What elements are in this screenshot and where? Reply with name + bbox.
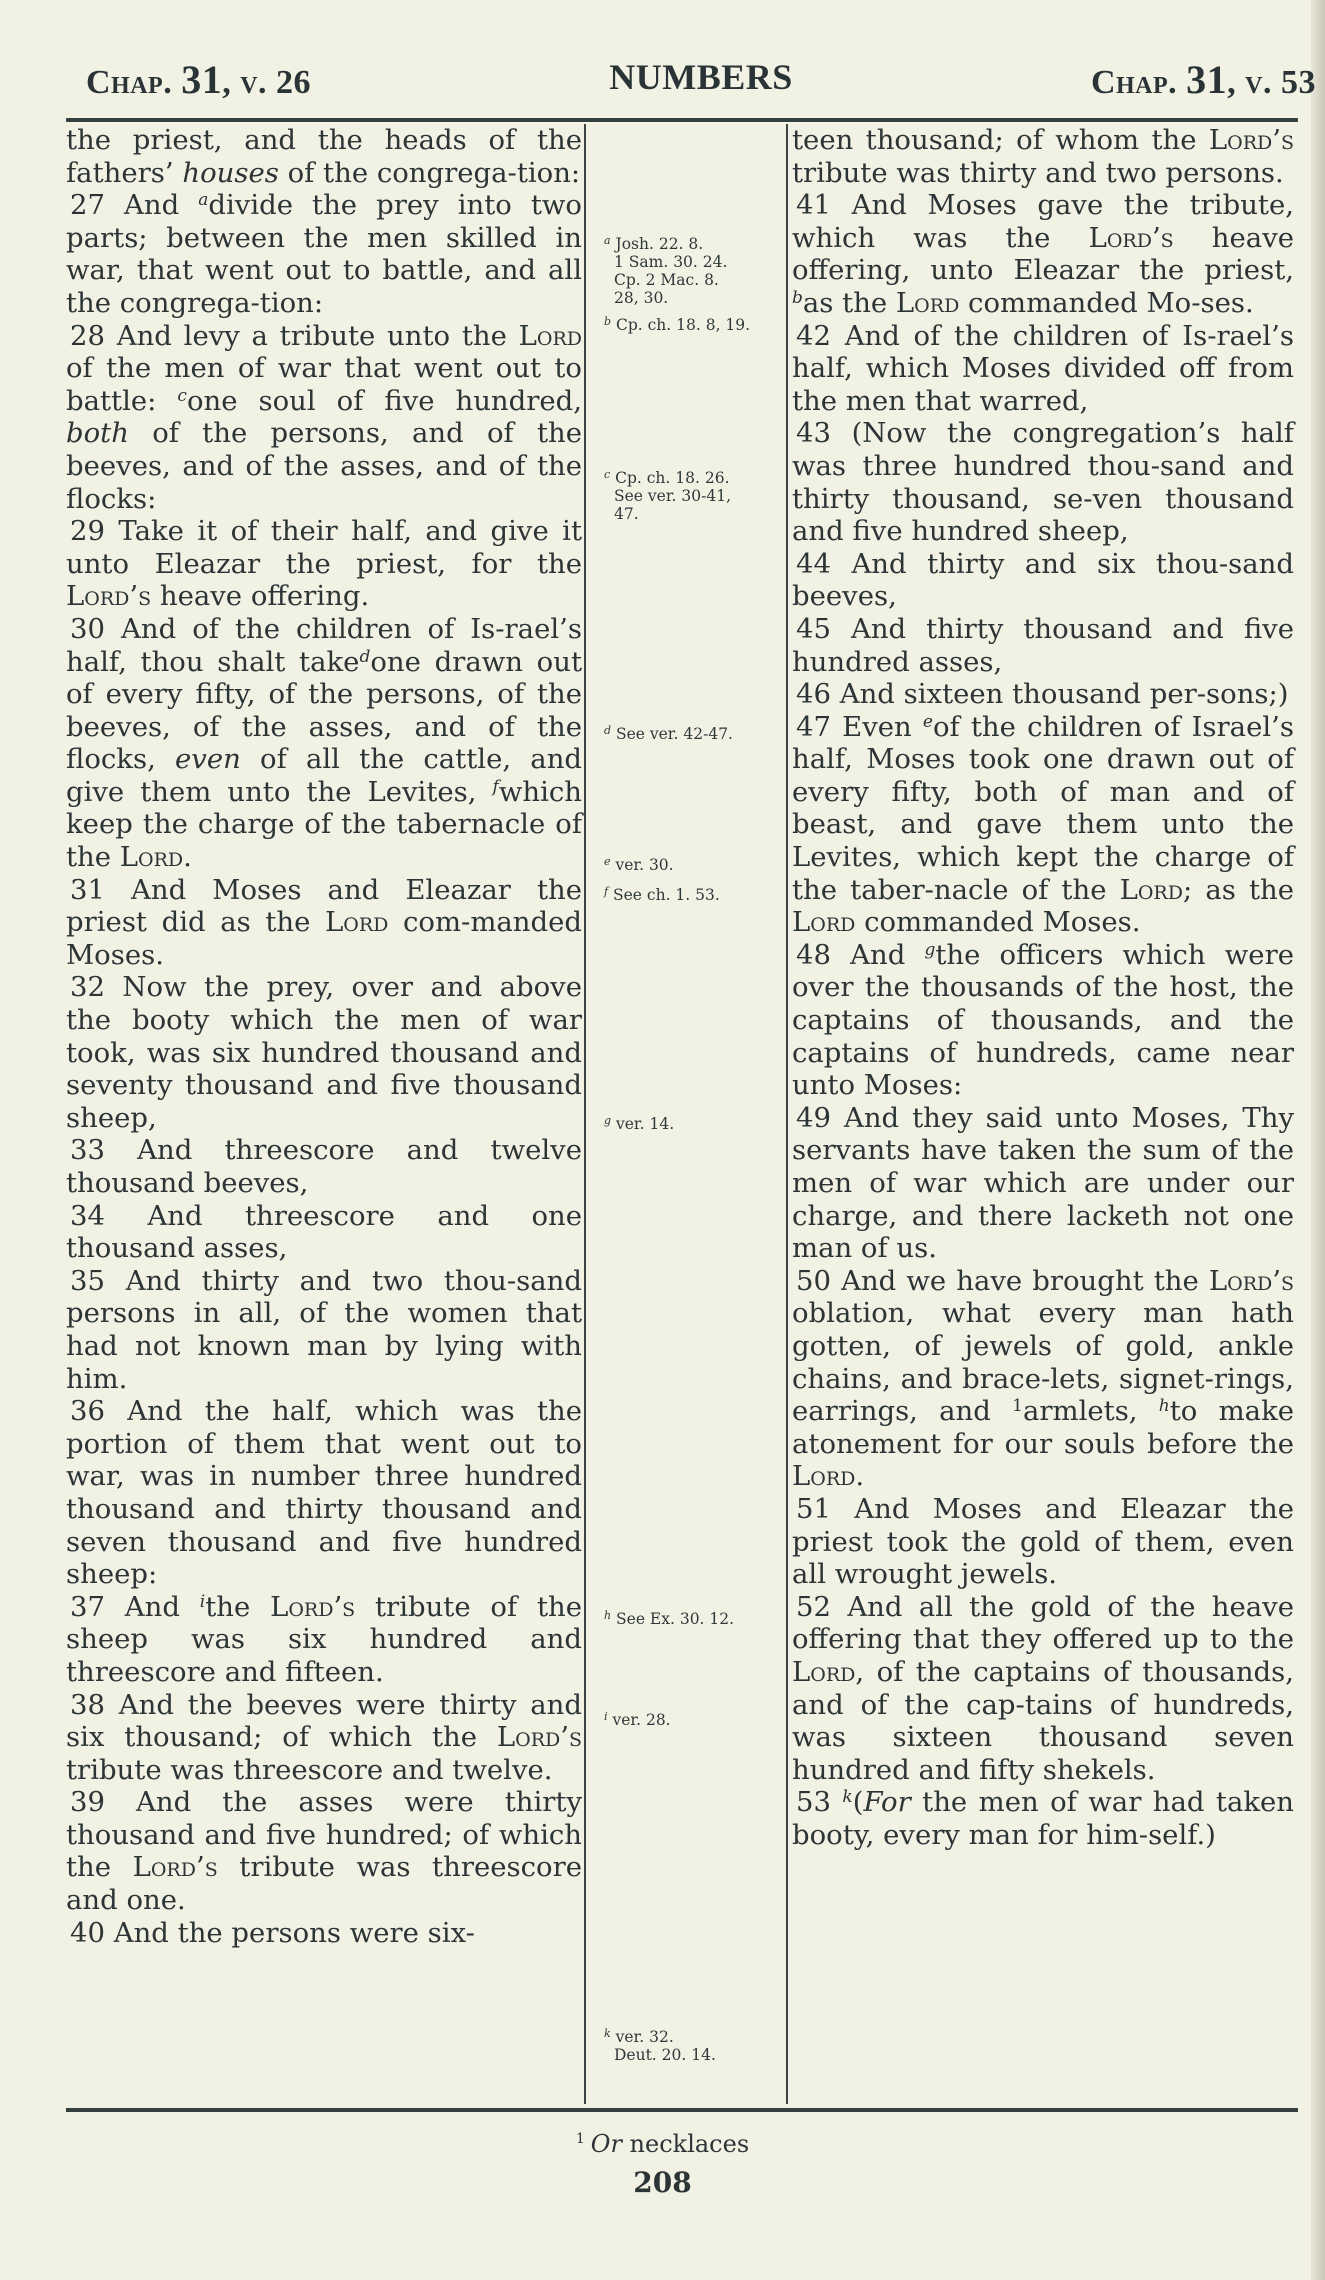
text: And xyxy=(105,1591,200,1623)
italic-text: For xyxy=(863,1786,910,1818)
verse-number: 35 xyxy=(70,1265,105,1297)
verse-43: 43 (Now the congregation’s half was thre… xyxy=(792,417,1294,547)
verse-number: 42 xyxy=(796,320,831,352)
ref-mark: e xyxy=(604,855,611,868)
verse-42: 42 And of the children of Is-rael’s half… xyxy=(792,320,1294,418)
verse-number: 51 xyxy=(796,1493,831,1525)
ref-mark: b xyxy=(604,315,611,328)
verse-number: 53 xyxy=(796,1786,831,1818)
text: . xyxy=(855,1460,864,1492)
ref-line[interactable]: See Ex. 30. 12. xyxy=(616,1610,734,1628)
text: And all the gold of the heave offering t… xyxy=(792,1591,1294,1656)
ref-line: 28, 30. xyxy=(604,289,774,307)
verse-number: 27 xyxy=(70,189,105,221)
divine-name: Lord xyxy=(792,906,855,938)
divine-name: Lord’s xyxy=(1209,1265,1294,1297)
left-text-column: the priest, and the heads of the fathers… xyxy=(66,124,582,1949)
divine-name: Lord’s xyxy=(66,580,151,612)
divine-name: Lord xyxy=(519,320,582,352)
ref-line[interactable]: 1 Sam. 30. 24. xyxy=(604,253,774,271)
text: heave offering. xyxy=(151,580,369,612)
text: tribute was threescore and twelve. xyxy=(66,1754,553,1786)
text: of the persons, and of the beeves, and o… xyxy=(66,417,582,514)
text: tribute was thirty and two persons. xyxy=(792,157,1284,189)
verse-28: 28 And levy a tribute unto the Lord of t… xyxy=(66,320,582,516)
verse-45: 45 And thirty thousand and five hundred … xyxy=(792,613,1294,678)
text: And thirty thousand and five hundred ass… xyxy=(792,613,1294,678)
margin-ref-k: k ver. 32.Deut. 20. 14. xyxy=(604,2025,774,2064)
text: And xyxy=(105,189,198,221)
verse-34: 34 And threescore and one thousand asses… xyxy=(66,1200,582,1265)
text: (Now the congregation’s half was three h… xyxy=(792,417,1294,547)
margin-ref-b: b Cp. ch. 18. 8, 19. xyxy=(604,313,774,334)
footer-rule xyxy=(66,2108,1298,2112)
text: And xyxy=(831,939,924,971)
footnote: 1Or necklaces xyxy=(0,2130,1325,2158)
text: And levy a tribute unto the xyxy=(105,320,519,352)
verse-49: 49 And they said unto Moses, Thy servant… xyxy=(792,1102,1294,1265)
ref-line[interactable]: ver. 14. xyxy=(616,1115,674,1133)
verse-31: 31 And Moses and Eleazar the priest did … xyxy=(66,874,582,972)
column-rule-left xyxy=(584,124,586,2104)
running-head: Chap. 31, v. 26 NUMBERS Chap. 31, v. 53 xyxy=(86,56,1316,106)
verse-47: 47 Even eof the children of Israel’s hal… xyxy=(792,711,1294,939)
text: And Moses and Eleazar the priest took th… xyxy=(792,1493,1294,1590)
verse-53: 53 k(For the men of war had taken booty,… xyxy=(792,1786,1294,1851)
reference-mark[interactable]: k xyxy=(842,1787,852,1807)
italic-text: houses xyxy=(182,157,278,189)
ref-mark: g xyxy=(604,1114,611,1127)
ref-line[interactable]: See ch. 1. 53. xyxy=(613,886,720,904)
reference-mark[interactable]: b xyxy=(792,288,803,308)
ref-line[interactable]: ver. 30. xyxy=(615,856,673,874)
divine-name: Lord’s xyxy=(497,1721,582,1753)
margin-ref-c: c Cp. ch. 18. 26.See ver. 30-41,47. xyxy=(604,466,774,523)
verse-35: 35 And thirty and two thou-sand persons … xyxy=(66,1265,582,1395)
reference-mark[interactable]: c xyxy=(177,386,187,406)
verse-48: 48 And gthe officers which were over the… xyxy=(792,939,1294,1102)
text: Even xyxy=(831,711,923,743)
verse-number: 49 xyxy=(796,1102,831,1134)
verse-40: 40 And the persons were six- xyxy=(66,1917,582,1950)
text: And we have brought the xyxy=(831,1265,1209,1297)
verse-number: 50 xyxy=(796,1265,831,1297)
ref-mark: k xyxy=(604,2027,611,2040)
verse-number: 32 xyxy=(70,971,105,1003)
verse-number: 39 xyxy=(70,1786,105,1818)
divine-name: Lord xyxy=(120,841,183,873)
italic-text: Or xyxy=(591,2130,622,2158)
divine-name: Lord xyxy=(1120,874,1183,906)
verse-51: 51 And Moses and Eleazar the priest took… xyxy=(792,1493,1294,1591)
text: as the xyxy=(803,287,896,319)
verse-number: 33 xyxy=(70,1134,105,1166)
ref-mark: c xyxy=(604,468,610,481)
chapter-number: 31 xyxy=(1186,57,1227,102)
ref-line[interactable]: Cp. ch. 18. 26. xyxy=(615,469,729,487)
margin-ref-d: d See ver. 42-47. xyxy=(604,722,774,743)
verse-number: 46 xyxy=(796,678,831,710)
text: the xyxy=(205,1591,270,1623)
verse-32: 32 Now the prey, over and above the boot… xyxy=(66,971,582,1134)
right-text-column: teen thousand; of whom the Lord’s tribut… xyxy=(792,124,1294,1851)
text: . xyxy=(183,841,192,873)
text: And they said unto Moses, Thy servants h… xyxy=(792,1102,1294,1264)
verse-number: 41 xyxy=(796,189,831,221)
verse-36: 36 And the half, which was the portion o… xyxy=(66,1395,582,1591)
divine-name: Lord’s xyxy=(270,1591,355,1623)
ref-mark: f xyxy=(604,885,608,898)
verse-44: 44 And thirty and six thou-sand beeves, xyxy=(792,548,1294,613)
reference-mark[interactable]: d xyxy=(359,647,370,667)
verse-39: 39 And the asses were thirty thousand an… xyxy=(66,1786,582,1916)
divine-name: Lord’s xyxy=(1089,222,1174,254)
chap-label: Chap. xyxy=(1091,64,1177,101)
text: And thirty and two thou-sand persons in … xyxy=(66,1265,582,1395)
verse-number: 52 xyxy=(796,1591,831,1623)
verse-continuation: teen thousand; of whom the Lord’s tribut… xyxy=(792,124,1294,189)
divine-name: Lord xyxy=(896,287,959,319)
text: Take it of their half, and give it unto … xyxy=(66,515,582,580)
text: And the persons were six- xyxy=(105,1917,475,1949)
reference-mark[interactable]: g xyxy=(924,940,935,960)
ref-mark: a xyxy=(604,234,611,247)
ref-line[interactable]: Cp. 2 Mac. 8. xyxy=(604,271,774,289)
verse-number: 43 xyxy=(796,417,831,449)
divine-name: Lord xyxy=(325,906,388,938)
italic-text: even xyxy=(175,743,241,775)
divine-name: Lord’s xyxy=(133,1851,218,1883)
footnote-mark[interactable]: 1 xyxy=(1012,1396,1023,1416)
divine-name: Lord’s xyxy=(1209,124,1294,156)
verse-29: 29 Take it of their half, and give it un… xyxy=(66,515,582,613)
ref-line[interactable]: Josh. 22. 8. xyxy=(616,235,704,253)
verse-number: 28 xyxy=(70,320,105,352)
margin-ref-g: g ver. 14. xyxy=(604,1112,774,1133)
text: commanded Moses. xyxy=(855,906,1140,938)
verse-number: 31 xyxy=(70,874,105,906)
ref-mark: i xyxy=(604,1710,608,1723)
verse-number: 29 xyxy=(70,515,105,547)
running-head-right: Chap. 31, v. 53 xyxy=(1091,56,1316,103)
ref-line: 47. xyxy=(604,505,774,523)
text: And threescore and one thousand asses, xyxy=(66,1200,582,1265)
verse-number: 38 xyxy=(70,1689,105,1721)
text: ( xyxy=(853,1786,864,1818)
reference-mark[interactable]: a xyxy=(198,190,208,210)
margin-ref-a: a Josh. 22. 8.1 Sam. 30. 24.Cp. 2 Mac. 8… xyxy=(604,232,774,307)
ref-line[interactable]: Deut. 20. 14. xyxy=(604,2046,774,2064)
margin-ref-f: f See ch. 1. 53. xyxy=(604,883,774,904)
ref-line[interactable]: See ver. 42-47. xyxy=(616,725,733,743)
verse-number: 47 xyxy=(796,711,831,743)
text: of the congrega-tion: xyxy=(279,157,580,189)
verse-number: 34 xyxy=(70,1200,105,1232)
verse-number: 48 xyxy=(796,939,831,971)
divine-name: Lord xyxy=(792,1460,855,1492)
verse-41: 41 And Moses gave the tribute, which was… xyxy=(792,189,1294,319)
header-rule xyxy=(66,118,1298,122)
italic-text: both xyxy=(66,417,129,449)
verse-50: 50 And we have brought the Lord’s oblati… xyxy=(792,1265,1294,1493)
verse-number: 36 xyxy=(70,1395,105,1427)
divine-name: Lord xyxy=(792,1656,855,1688)
text: teen thousand; of whom the xyxy=(792,124,1209,156)
margin-ref-h: h See Ex. 30. 12. xyxy=(604,1607,774,1628)
text: , of the captains of thousands, and of t… xyxy=(792,1656,1294,1786)
ref-line[interactable]: Cp. ch. 18. 8, 19. xyxy=(616,316,750,334)
verse-number: 37 xyxy=(70,1591,105,1623)
text: And of the children of Is-rael’s half, w… xyxy=(792,320,1294,417)
reference-mark[interactable]: e xyxy=(923,712,933,732)
ref-line[interactable]: ver. 28. xyxy=(612,1711,670,1729)
page-number: 208 xyxy=(0,2166,1325,2199)
verse-33: 33 And threescore and twelve thousand be… xyxy=(66,1134,582,1199)
text: And the half, which was the portion of t… xyxy=(66,1395,582,1590)
verse-label: , v. 53 xyxy=(1227,64,1316,101)
text: ; as the xyxy=(1183,874,1294,906)
verse-number: 44 xyxy=(796,548,831,580)
verse-37: 37 And ithe Lord’s tribute of the sheep … xyxy=(66,1591,582,1689)
verse-number: 45 xyxy=(796,613,831,645)
text: And sixteen thousand per-sons;) xyxy=(831,678,1289,710)
text: one soul of five hundred, xyxy=(187,385,582,417)
verse-number: 30 xyxy=(70,613,105,645)
page-edge xyxy=(1311,0,1325,2280)
footnote-mark: 1 xyxy=(576,2131,585,2147)
ref-mark: d xyxy=(604,724,611,737)
column-rule-right xyxy=(786,124,788,2104)
margin-ref-e: e ver. 30. xyxy=(604,853,774,874)
verse-52: 52 And all the gold of the heave offerin… xyxy=(792,1591,1294,1787)
footnote-text: necklaces xyxy=(622,2130,749,2158)
reference-mark[interactable]: h xyxy=(1159,1396,1170,1416)
ref-mark: h xyxy=(604,1609,611,1622)
text: commanded Mo-ses. xyxy=(959,287,1253,319)
verse-continuation: the priest, and the heads of the fathers… xyxy=(66,124,582,189)
verse-27: 27 And adivide the prey into two parts; … xyxy=(66,189,582,319)
text: And threescore and twelve thousand beeve… xyxy=(66,1134,582,1199)
ref-line[interactable]: See ver. 30-41, xyxy=(604,487,774,505)
text: armlets, xyxy=(1023,1395,1159,1427)
verse-number: 40 xyxy=(70,1917,105,1949)
verse-30: 30 And of the children of Is-rael’s half… xyxy=(66,613,582,874)
verse-38: 38 And the beeves were thirty and six th… xyxy=(66,1689,582,1787)
margin-ref-i: i ver. 28. xyxy=(604,1708,774,1729)
text: And thirty and six thou-sand beeves, xyxy=(792,548,1294,613)
text: Now the prey, over and above the booty w… xyxy=(66,971,582,1133)
verse-46: 46 And sixteen thousand per-sons;) xyxy=(792,678,1294,711)
ref-line[interactable]: ver. 32. xyxy=(616,2028,674,2046)
